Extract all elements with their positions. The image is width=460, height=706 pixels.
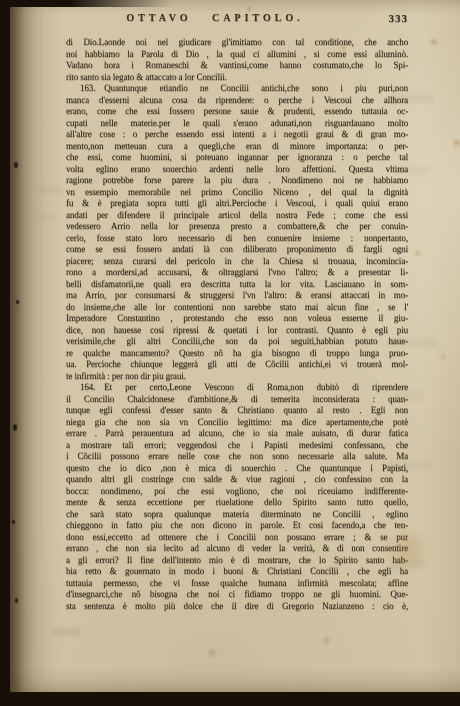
text-line: cupati nelle materie.per le quali s'eran… (66, 118, 408, 130)
text-line: a gli errori? Il fine dell'intento mio è… (66, 555, 408, 567)
text-line: manca d'esserni alcuna cosa da riprender… (66, 95, 408, 107)
bleedthrough-smudge (54, 628, 80, 636)
chapter-title: OTTAVO CAPITOLO. (66, 13, 364, 24)
text-line: come se essi fossero andati là con dilib… (66, 244, 408, 256)
stain (322, 636, 331, 645)
text-line: rito santo sia legato & attaccato a lor … (66, 72, 408, 84)
text-line: fu & è pregiata sopra tutti gli altri.Pe… (66, 198, 408, 210)
text-line: piacere; senza curarsi del pericolo in c… (66, 256, 408, 268)
text-line: chieggono in fatto piu che non dicono in… (66, 520, 408, 532)
text-line: do insieme,che alle lor contentioni non … (66, 302, 408, 314)
text-line: errare . Parrà perauentura ad alcuno, ch… (66, 428, 408, 440)
text-line: re qualche mancamento? Questo nõ ha gia … (66, 348, 408, 360)
ink-speck (12, 520, 15, 524)
ink-speck (15, 598, 18, 603)
text-line: a mostrare tali errori; veggendosi che i… (66, 440, 408, 452)
text-line: Vadano hora i Romaneschi & vantinsi,come… (66, 60, 408, 72)
text-line: 164. Et per certo,Leone Vescouo di Roma,… (66, 382, 408, 394)
text-line: questo che io dico ,non è mica di souerc… (66, 463, 408, 475)
text-line: il Concilio Chalcidonese d'ambitione,& d… (66, 394, 408, 406)
bleedthrough-smudge (36, 214, 56, 221)
text-line: mente & senza eccettione per riuelatione… (66, 497, 408, 509)
stain (414, 250, 421, 257)
text-line: vn essempio memorabile nel primo Concili… (66, 187, 408, 199)
text-line: andati per difendere il principale artic… (66, 210, 408, 222)
text-line: te infirmità : per non dir piu graui. (66, 371, 408, 383)
ink-speck (13, 424, 17, 431)
text-line: belli disfamatorii,ne quali era descritt… (66, 279, 408, 291)
text-line: che essi, come huomini, si poteuano inga… (66, 152, 408, 164)
text-line: sta sentenza è molto più dolce che il di… (66, 601, 408, 613)
text-line: cerlo, fosse stato loro necessario di be… (66, 233, 408, 245)
ink-speck (14, 162, 18, 168)
stain (430, 38, 438, 46)
text-line: che sarà stato sopra qualunque materia d… (66, 509, 408, 521)
text-block: di Dio.Laonde noi nel giudicare gl'imiti… (66, 37, 408, 612)
text-line: erano, come che essi fossero persone sau… (66, 106, 408, 118)
text-line: rono a mordersi,ad accusarsi, & oltraggi… (66, 267, 408, 279)
running-header: OTTAVO CAPITOLO. 333 (66, 13, 408, 28)
text-line: volta eglino erano souerchio ardenti nel… (66, 164, 408, 176)
text-line: Imperadore Constantino , protestando che… (66, 313, 408, 325)
text-line: tunque egli confessi d'esser santo & Chr… (66, 405, 408, 417)
text-line: i Cõcilii possono errare nelle cose che … (66, 451, 408, 463)
text-line: tuttauia permesso, che vi fosse qualche … (66, 578, 408, 590)
text-line: d'insegnarci,che nõ bisogna che noi ci f… (66, 589, 408, 601)
text-line: di Dio.Laonde noi nel giudicare gl'imiti… (66, 37, 408, 49)
text-line: errano , che non sia lecito ad alcuno di… (66, 543, 408, 555)
page-number: 333 (389, 13, 409, 25)
stain (246, 6, 252, 12)
text-line: bia retto & gouernato in modo i buoni & … (66, 566, 408, 578)
text-line: niega gia che non sia vn Concilio legitt… (66, 417, 408, 429)
book-page: OTTAVO CAPITOLO. 333 di Dio.Laonde noi n… (10, 0, 460, 692)
text-line: verisimile,che gli altri Concilii,che so… (66, 336, 408, 348)
text-line: 163. Quantunque etiandio ne Concilii ant… (66, 83, 408, 95)
text-line: ragione potrebbe forse parere la piu dur… (66, 175, 408, 187)
text-line: vedessero Arrio nella lor presenza prest… (66, 221, 408, 233)
text-line: all'altre cose : o perche essendo essi i… (66, 129, 408, 141)
text-line: dice, non hauesse cosi ripressi & quetat… (66, 325, 408, 337)
text-line: ua. Percioche chiunque leggerà gli atti … (66, 359, 408, 371)
binding-shadow (10, 0, 180, 7)
text-line: dono essi,eccetto ad ottenere che i Conc… (66, 532, 408, 544)
text-line: mento,non metteuan cura a quegli,che era… (66, 141, 408, 153)
stain (440, 354, 446, 360)
text-line: bocca: nondimeno, poi che essi vogliono,… (66, 486, 408, 498)
text-line: noi habbiamo la Parola di Dio , la qual … (66, 49, 408, 61)
text-line: ma Arrio, por consumarsi & struggersi l'… (66, 290, 408, 302)
stain (452, 138, 460, 148)
bleedthrough-smudge (38, 186, 62, 194)
ink-speck (16, 300, 19, 304)
text-line: quando altri gli costringe con salde & v… (66, 474, 408, 486)
stain (206, 648, 218, 658)
